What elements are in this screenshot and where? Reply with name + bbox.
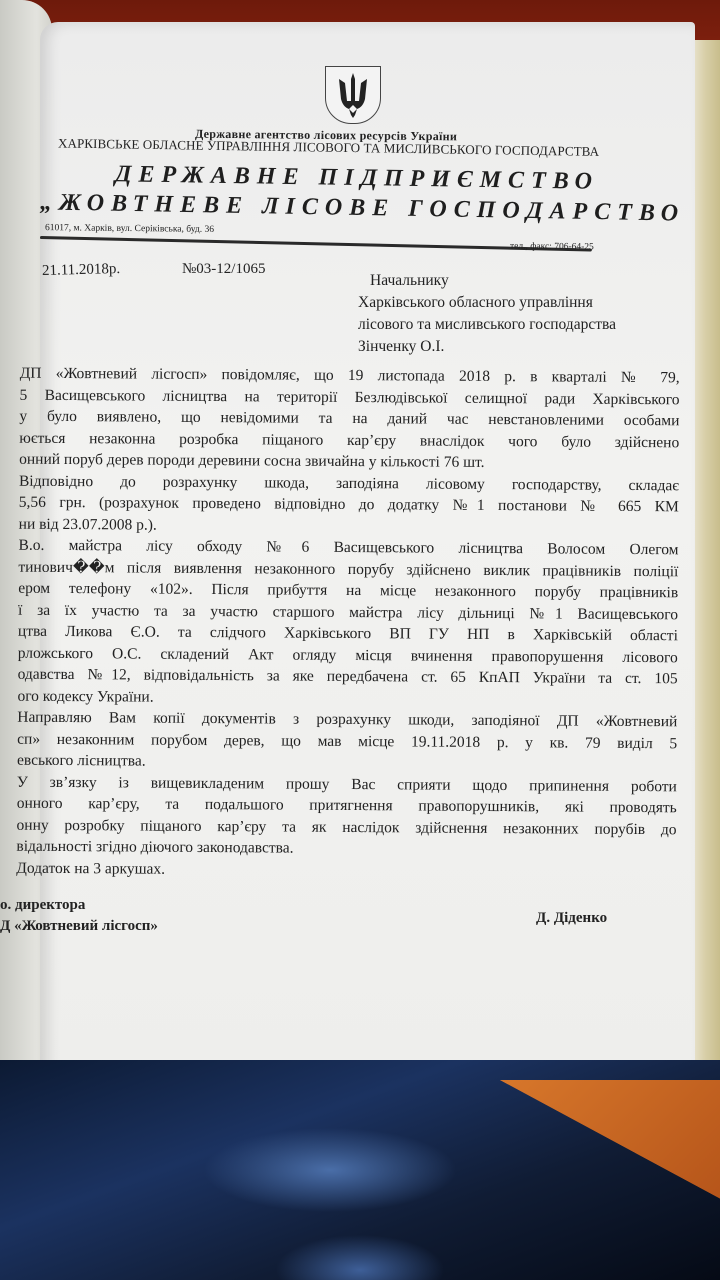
- company-phone: тел., факс: 706-64-25: [510, 242, 594, 253]
- letter-date: 21.11.2018р.: [42, 261, 121, 280]
- company-name-line1: ДЕРЖАВНЕ ПІДПРИЄМСТВО: [115, 161, 599, 196]
- regional-office-name: ХАРКІВСЬКЕ ОБЛАСНЕ УПРАВЛІННЯ ЛІСОВОГО Т…: [58, 135, 638, 160]
- signatory-title-line: о. директора: [0, 895, 158, 916]
- addressee-line: Начальнику: [358, 270, 616, 292]
- company-address: 61017, м. Харків, вул. Серіківська, буд.…: [45, 223, 214, 235]
- addressee-line: Зінченку О.І.: [358, 336, 616, 358]
- body-line: Додаток на 3 аркушах.: [16, 857, 676, 883]
- letter-body: ДП «Жовтневий лісгосп» повідомляє, що 19…: [16, 363, 680, 884]
- trident-emblem-icon: [325, 66, 381, 124]
- signatory-org-line: Д «Жовтневий лісгосп»: [0, 916, 158, 937]
- addressee-line: лісового та мисливського господарства: [358, 314, 616, 336]
- trident-icon: [333, 71, 373, 119]
- addressee-line: Харківського обласного управління: [358, 292, 616, 314]
- addressee-block: Начальнику Харківського обласного управл…: [358, 270, 616, 358]
- letter-number: №03-12/1065: [182, 261, 265, 278]
- letter-content: Державне агентство лісових ресурсів Укра…: [0, 0, 720, 1280]
- signatory-title: о. директора Д «Жовтневий лісгосп»: [0, 895, 158, 937]
- signatory-name: Д. Діденко: [536, 910, 607, 927]
